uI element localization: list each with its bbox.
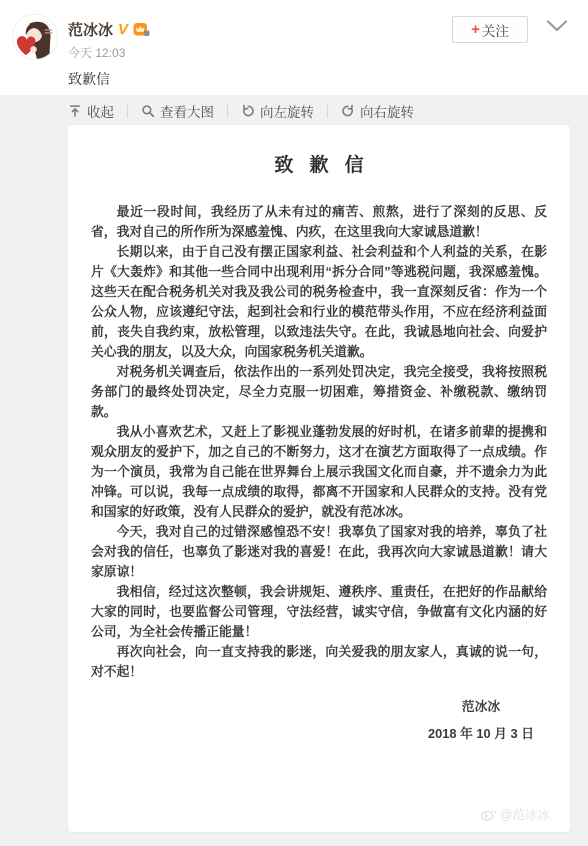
letter-title: 致歉信 [68,125,570,177]
signature-block: 范冰冰 2018 年 10 月 3 日 [428,697,534,744]
vip-crown-icon [133,22,150,37]
rotate-right-icon [341,104,355,118]
name-row: 范冰冰 V [68,19,150,39]
letter-paragraph: 今天，我对自己的过错深感惶恐不安！我辜负了国家对我的培养，辜负了社会对我的信任，… [91,522,547,582]
letter-paragraph: 我从小喜欢艺术，又赶上了影视业蓬勃发展的好时机，在诸多前辈的提携和观众朋友的爱护… [91,422,547,522]
avatar-illustration [13,15,57,59]
follow-button[interactable]: + 关注 [452,16,528,43]
rotate-left-icon [241,104,255,118]
collapse-up-icon [68,104,82,118]
toolbar-divider [227,104,228,118]
magnifier-icon [141,104,155,118]
collapse-label: 收起 [87,101,114,121]
post-text: 致歉信 [68,69,110,89]
collapse-button[interactable]: 收起 [68,101,114,121]
image-toolbar: 收起 查看大图 向左旋转 [68,99,414,123]
watermark-text: @范冰冰 [500,805,550,823]
image-viewer-area: 收起 查看大图 向左旋转 [0,95,588,846]
signature-date: 2018 年 10 月 3 日 [428,724,534,744]
toolbar-divider [127,104,128,118]
rotate-right-button[interactable]: 向右旋转 [341,101,414,121]
letter-paragraph: 再次向社会，向一直支持我的影迷，向关爱我的朋友家人，真诚的说一句，对不起！ [91,642,547,682]
rotate-left-button[interactable]: 向左旋转 [241,101,314,121]
follow-label: 关注 [482,20,509,40]
chevron-down-icon[interactable] [545,19,569,33]
letter-paragraph: 我相信，经过这次整顿，我会讲规矩、遵秩序、重责任，在把好的作品献给大家的同时，也… [91,582,547,642]
letter-paragraph: 对税务机关调查后，依法作出的一系列处罚决定，我完全接受，我将按照税务部门的最终处… [91,362,547,422]
letter-image[interactable]: 致歉信 最近一段时间，我经历了从未有过的痛苦、煎熬，进行了深刻的反思、反省，我对… [68,125,570,832]
avatar[interactable] [12,14,58,60]
verified-v-badge: V [118,22,128,37]
post-header: 范冰冰 V 今天 12:03 致歉信 + 关注 [0,0,588,95]
weibo-post-screen: 范冰冰 V 今天 12:03 致歉信 + 关注 [0,0,588,846]
view-large-button[interactable]: 查看大图 [141,101,214,121]
signature-name: 范冰冰 [428,697,534,717]
rotate-right-label: 向右旋转 [360,101,414,121]
letter-paragraph: 长期以来，由于自己没有摆正国家利益、社会利益和个人利益的关系，在影片《大轰炸》和… [91,242,547,362]
follow-plus-icon: + [471,22,480,37]
view-large-label: 查看大图 [160,101,214,121]
timestamp[interactable]: 今天 12:03 [68,44,125,61]
toolbar-divider [327,104,328,118]
username[interactable]: 范冰冰 [68,19,113,40]
watermark: @范冰冰 [480,805,550,823]
letter-paragraph: 最近一段时间，我经历了从未有过的痛苦、煎熬，进行了深刻的反思、反省，我对自己的所… [91,202,547,242]
rotate-left-label: 向左旋转 [260,101,314,121]
letter-body: 最近一段时间，我经历了从未有过的痛苦、煎熬，进行了深刻的反思、反省，我对自己的所… [68,177,570,682]
weibo-logo-icon [480,808,497,821]
